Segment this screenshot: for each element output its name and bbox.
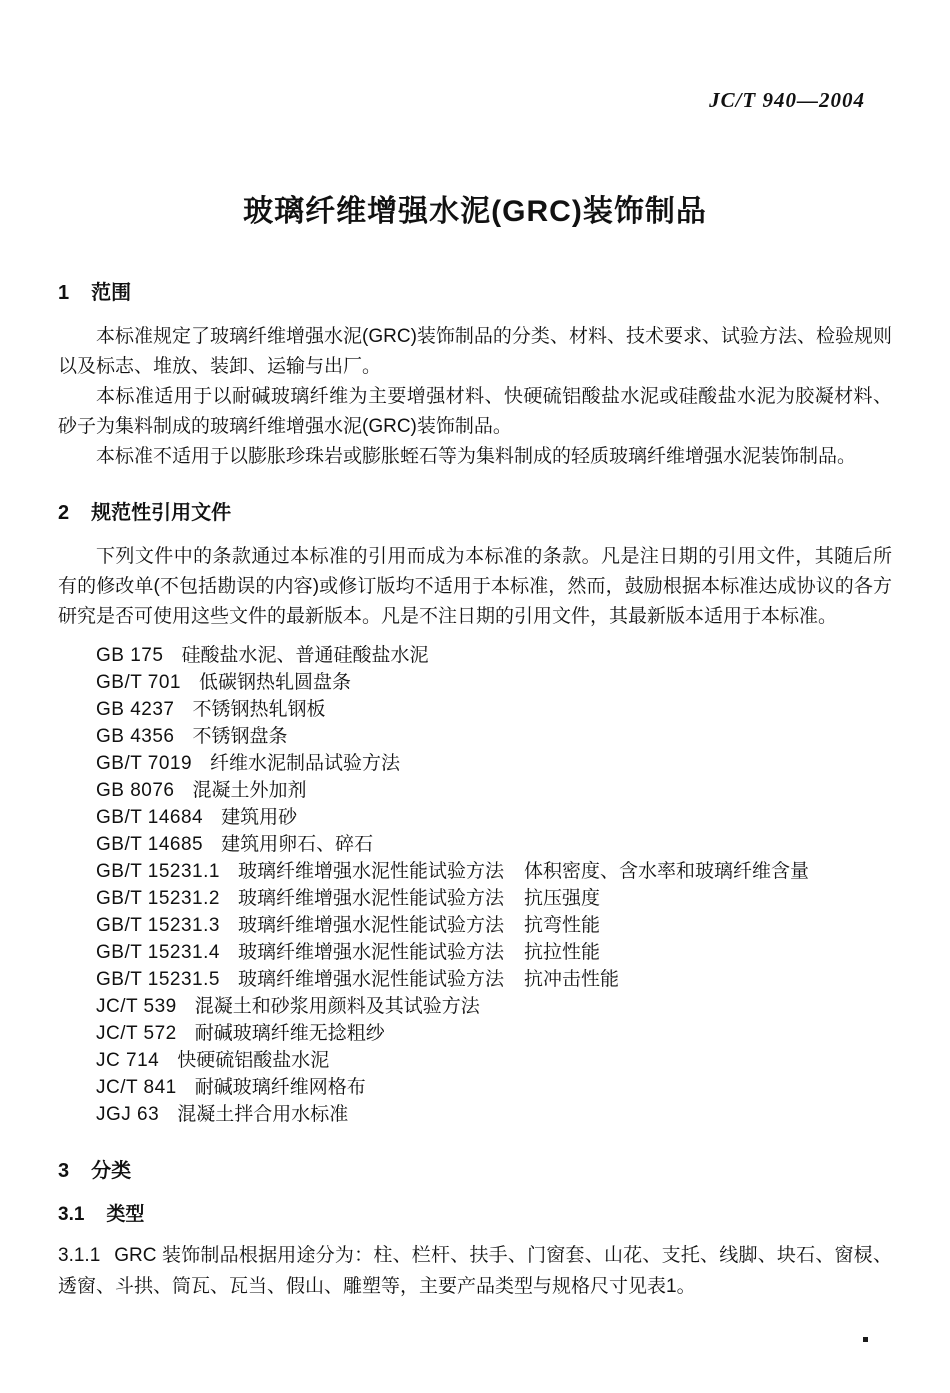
reference-item: GB/T 14684建筑用砂 bbox=[96, 804, 892, 831]
reference-subtitle: 抗拉性能 bbox=[524, 942, 600, 963]
reference-title: 建筑用砂 bbox=[221, 807, 297, 828]
reference-title: 建筑用卵石、碎石 bbox=[221, 834, 373, 855]
section-2-title: 规范性引用文件 bbox=[91, 502, 231, 524]
reference-item: JGJ 63混凝土拌合用水标准 bbox=[96, 1101, 892, 1128]
reference-title: 硅酸盐水泥、普通硅酸盐水泥 bbox=[181, 645, 428, 666]
clause-3-1-1: 3.1.1GRC 装饰制品根据用途分为：柱、栏杆、扶手、门窗套、山花、支托、线脚… bbox=[58, 1240, 892, 1302]
reference-item: GB/T 15231.2玻璃纤维增强水泥性能试验方法抗压强度 bbox=[96, 885, 892, 912]
reference-item: GB 4356不锈钢盘条 bbox=[96, 723, 892, 750]
scan-artifact-dot bbox=[863, 1337, 868, 1342]
references-intro-paragraph: 下列文件中的条款通过本标准的引用而成为本标准的条款。凡是注日期的引用文件，其随后… bbox=[58, 542, 892, 632]
reference-title: 混凝土拌合用水标准 bbox=[177, 1104, 348, 1125]
reference-item: JC/T 572耐碱玻璃纤维无捻粗纱 bbox=[96, 1020, 892, 1047]
reference-code: GB 8076 bbox=[96, 777, 175, 804]
reference-title: 不锈钢盘条 bbox=[193, 726, 288, 747]
reference-item: GB/T 15231.1玻璃纤维增强水泥性能试验方法体积密度、含水率和玻璃纤维含… bbox=[96, 858, 892, 885]
document-page: JC/T 940—2004 玻璃纤维增强水泥(GRC)装饰制品 1范围 本标准规… bbox=[0, 0, 950, 1393]
reference-code: GB/T 15231.1 bbox=[96, 858, 220, 885]
reference-code: GB/T 15231.4 bbox=[96, 939, 220, 966]
reference-item: JC 714快硬硫铝酸盐水泥 bbox=[96, 1047, 892, 1074]
reference-title: 玻璃纤维增强水泥性能试验方法 bbox=[238, 969, 504, 990]
reference-title: 低碳钢热轧圆盘条 bbox=[199, 672, 351, 693]
section-1-number: 1 bbox=[58, 282, 69, 304]
reference-item: GB/T 701低碳钢热轧圆盘条 bbox=[96, 669, 892, 696]
reference-subtitle: 抗弯性能 bbox=[524, 915, 600, 936]
reference-title: 玻璃纤维增强水泥性能试验方法 bbox=[238, 915, 504, 936]
standard-code: JC/T 940—2004 bbox=[58, 88, 892, 113]
reference-code: GB/T 14685 bbox=[96, 831, 203, 858]
reference-title: 玻璃纤维增强水泥性能试验方法 bbox=[238, 942, 504, 963]
reference-title: 耐碱玻璃纤维无捻粗纱 bbox=[195, 1023, 385, 1044]
reference-subtitle: 抗冲击性能 bbox=[524, 969, 619, 990]
section-1-title: 范围 bbox=[91, 282, 131, 304]
reference-title: 混凝土和砂浆用颜料及其试验方法 bbox=[195, 996, 480, 1017]
reference-code: GB/T 15231.2 bbox=[96, 885, 220, 912]
clause-3-1-1-number: 3.1.1 bbox=[58, 1245, 100, 1266]
reference-code: GB/T 14684 bbox=[96, 804, 203, 831]
scope-paragraph-3: 本标准不适用于以膨胀珍珠岩或膨胀蛭石等为集料制成的轻质玻璃纤维增强水泥装饰制品。 bbox=[58, 442, 892, 472]
reference-item: GB/T 15231.3玻璃纤维增强水泥性能试验方法抗弯性能 bbox=[96, 912, 892, 939]
reference-code: GB 175 bbox=[96, 642, 163, 669]
section-3-1-heading: 3.1类型 bbox=[58, 1199, 892, 1226]
normative-references-list: GB 175硅酸盐水泥、普通硅酸盐水泥 GB/T 701低碳钢热轧圆盘条 GB … bbox=[58, 642, 892, 1128]
reference-code: GB 4356 bbox=[96, 723, 175, 750]
reference-code: GB 4237 bbox=[96, 696, 175, 723]
reference-code: GB/T 701 bbox=[96, 669, 181, 696]
section-3-1-title: 类型 bbox=[106, 1204, 144, 1225]
section-2-number: 2 bbox=[58, 502, 69, 524]
document-title: 玻璃纤维增强水泥(GRC)装饰制品 bbox=[58, 186, 892, 230]
reference-code: GB/T 15231.3 bbox=[96, 912, 220, 939]
reference-item: GB 8076混凝土外加剂 bbox=[96, 777, 892, 804]
reference-code: JGJ 63 bbox=[96, 1101, 159, 1128]
reference-title: 玻璃纤维增强水泥性能试验方法 bbox=[238, 861, 504, 882]
reference-item: JC/T 539混凝土和砂浆用颜料及其试验方法 bbox=[96, 993, 892, 1020]
reference-title: 混凝土外加剂 bbox=[193, 780, 307, 801]
reference-code: JC 714 bbox=[96, 1047, 159, 1074]
reference-title: 耐碱玻璃纤维网格布 bbox=[195, 1077, 366, 1098]
section-3-title: 分类 bbox=[91, 1160, 131, 1182]
reference-item: GB/T 14685建筑用卵石、碎石 bbox=[96, 831, 892, 858]
reference-item: GB/T 15231.4玻璃纤维增强水泥性能试验方法抗拉性能 bbox=[96, 939, 892, 966]
reference-code: JC/T 841 bbox=[96, 1074, 177, 1101]
section-1-heading: 1范围 bbox=[58, 276, 892, 305]
scope-paragraph-2: 本标准适用于以耐碱玻璃纤维为主要增强材料、快硬硫铝酸盐水泥或硅酸盐水泥为胶凝材料… bbox=[58, 382, 892, 442]
reference-code: JC/T 539 bbox=[96, 993, 177, 1020]
reference-code: JC/T 572 bbox=[96, 1020, 177, 1047]
reference-item: GB 4237不锈钢热轧钢板 bbox=[96, 696, 892, 723]
reference-title: 玻璃纤维增强水泥性能试验方法 bbox=[238, 888, 504, 909]
reference-item: GB 175硅酸盐水泥、普通硅酸盐水泥 bbox=[96, 642, 892, 669]
scope-paragraph-1: 本标准规定了玻璃纤维增强水泥(GRC)装饰制品的分类、材料、技术要求、试验方法、… bbox=[58, 322, 892, 382]
section-2-heading: 2规范性引用文件 bbox=[58, 496, 892, 525]
reference-title: 纤维水泥制品试验方法 bbox=[210, 753, 400, 774]
reference-item: GB/T 15231.5玻璃纤维增强水泥性能试验方法抗冲击性能 bbox=[96, 966, 892, 993]
reference-title: 不锈钢热轧钢板 bbox=[193, 699, 326, 720]
clause-3-1-1-text: GRC 装饰制品根据用途分为：柱、栏杆、扶手、门窗套、山花、支托、线脚、块石、窗… bbox=[58, 1245, 892, 1297]
reference-subtitle: 抗压强度 bbox=[524, 888, 600, 909]
section-3-number: 3 bbox=[58, 1160, 69, 1182]
section-3-1-number: 3.1 bbox=[58, 1204, 84, 1225]
reference-item: JC/T 841耐碱玻璃纤维网格布 bbox=[96, 1074, 892, 1101]
reference-subtitle: 体积密度、含水率和玻璃纤维含量 bbox=[524, 861, 809, 882]
reference-title: 快硬硫铝酸盐水泥 bbox=[177, 1050, 329, 1071]
reference-code: GB/T 7019 bbox=[96, 750, 192, 777]
reference-code: GB/T 15231.5 bbox=[96, 966, 220, 993]
section-3-heading: 3分类 bbox=[58, 1154, 892, 1183]
reference-item: GB/T 7019纤维水泥制品试验方法 bbox=[96, 750, 892, 777]
